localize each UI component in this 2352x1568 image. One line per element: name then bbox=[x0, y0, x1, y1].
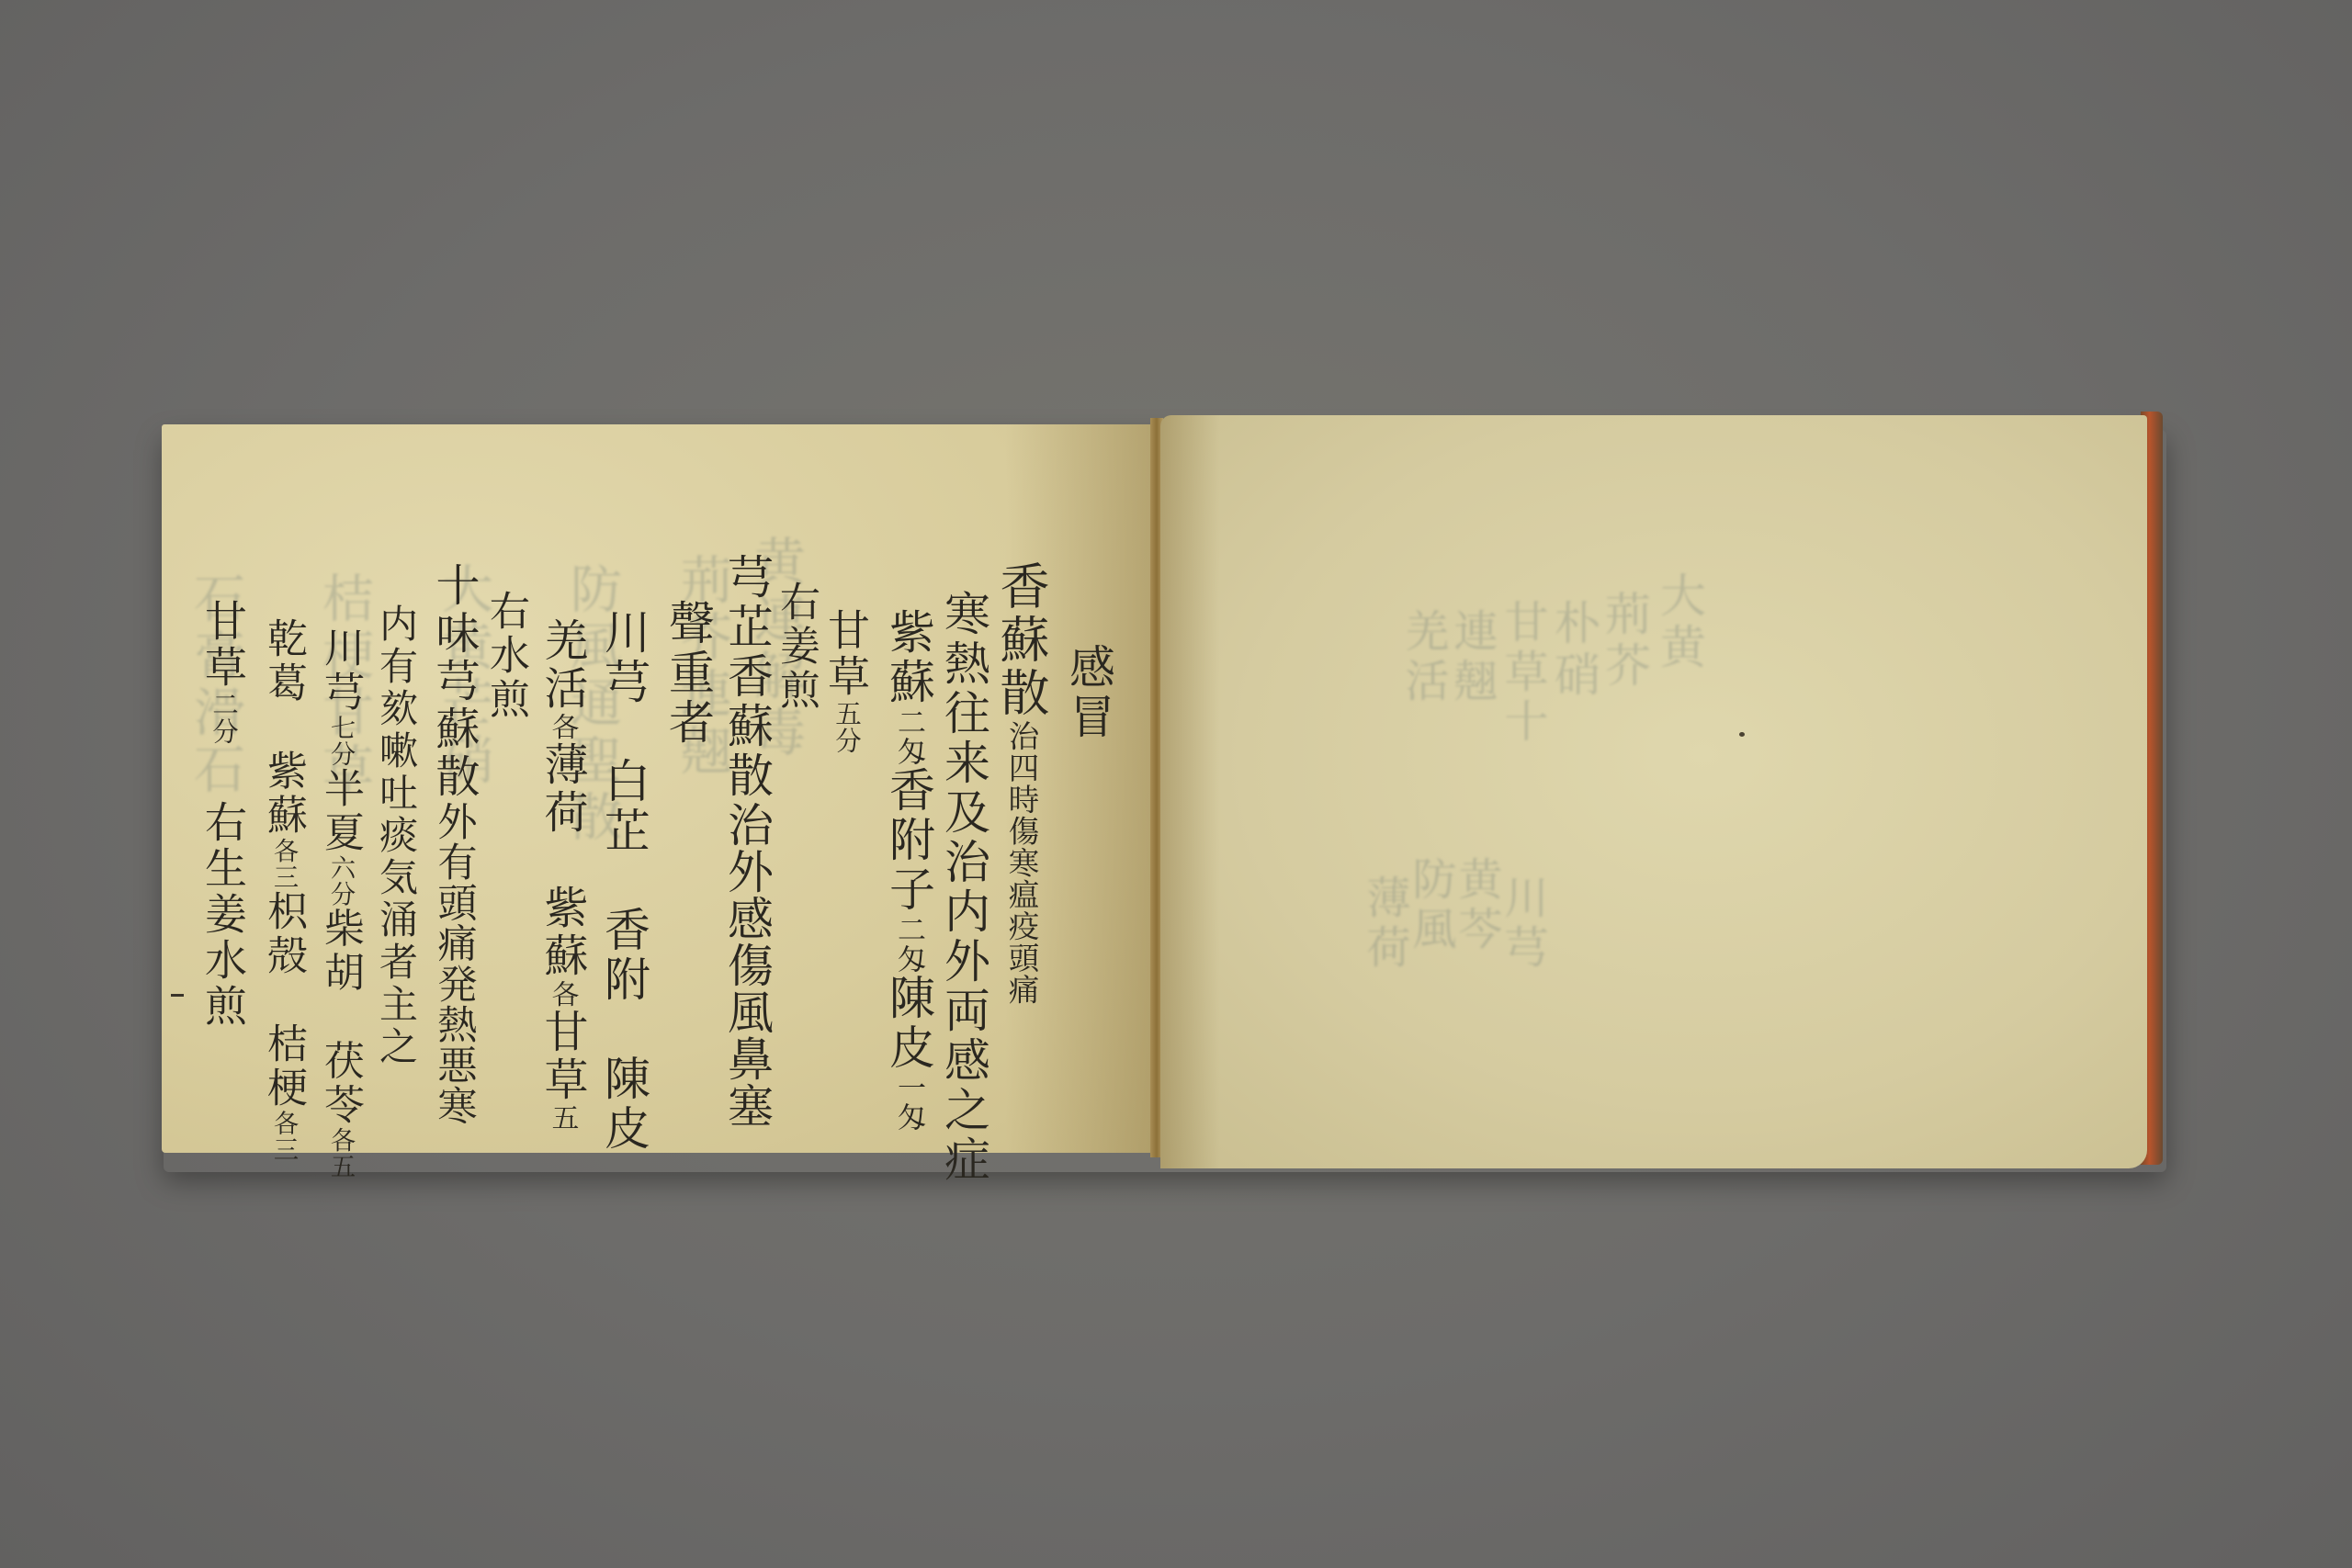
bleed-through-text: 大黄 bbox=[1657, 571, 1702, 674]
herb-name: 甘草 bbox=[821, 608, 871, 700]
herb-name: 陳皮 bbox=[882, 974, 935, 1073]
bleed-through-text: 荊芥 bbox=[1601, 590, 1647, 693]
herb-dose: 六分 bbox=[326, 855, 355, 908]
text-column: 右姜煎 bbox=[775, 581, 816, 713]
herb-name: 枳殻 桔梗 bbox=[260, 890, 307, 1111]
formula-indication: 治四時傷寒瘟疫頭痛 bbox=[1003, 720, 1039, 1005]
herb-name: 柴胡 茯苓 bbox=[317, 907, 364, 1127]
indication-text: 内有欬嗽吐痰気涌者主之 bbox=[374, 604, 419, 1068]
formula-name: 芎芷香蘇散 bbox=[720, 553, 774, 801]
herb-dose: 各 bbox=[547, 713, 579, 741]
bleed-through-text: 連翹 bbox=[1450, 608, 1494, 707]
herb-name: 薄荷 紫蘇 bbox=[537, 741, 588, 980]
herb-dose: 各三 bbox=[269, 838, 298, 890]
text-column: 乾葛 紫蘇各三枳殻 桔梗各三 bbox=[263, 617, 303, 1162]
indication-text: 聲重者 bbox=[661, 599, 715, 748]
bleed-through-text: 黄芩 bbox=[1454, 856, 1498, 955]
text-column: 甘草二分右生姜水煎 bbox=[202, 599, 244, 1030]
text-column: 香蘇散治四時傷寒瘟疫頭痛 bbox=[996, 560, 1046, 1005]
text-column: 寒熱往来及治内外両感之症 bbox=[941, 590, 987, 1185]
indication-text: 寒熱往来及治内外両感之症 bbox=[937, 590, 990, 1185]
herb-dose: 各五 bbox=[326, 1127, 355, 1179]
bleed-through-text: 甘草十 bbox=[1500, 599, 1544, 748]
formula-name: 十味芎蘇散 bbox=[428, 562, 480, 801]
paper-speck bbox=[1739, 732, 1745, 737]
formula-indication: 外有頭痛発熱悪寒 bbox=[431, 801, 477, 1126]
herb-name: 甘草 bbox=[198, 599, 248, 691]
herb-dose: 一匁 bbox=[892, 1073, 925, 1132]
left-page: 黄連解毒 荊芥連翹 防風通聖散 大黄芒硝 桔梗甘草 石膏滑石 感冒 香蘇散治四時… bbox=[162, 424, 1154, 1153]
herb-name: 羌活 bbox=[537, 617, 588, 713]
preparation-text: 右生姜水煎 bbox=[198, 800, 248, 1030]
herb-dose: 二分 bbox=[209, 691, 239, 745]
herb-name: 乾葛 紫蘇 bbox=[260, 617, 307, 838]
text-column: 紫蘇二匁香附子二匁陳皮一匁 bbox=[886, 608, 932, 1132]
text-column: 川芎 白芷 香附 陳皮 bbox=[601, 608, 647, 1154]
formula-indication: 治外感傷風鼻塞 bbox=[720, 801, 774, 1129]
herb-name: 川芎 bbox=[317, 626, 364, 715]
bleed-through-text: 薄荷 bbox=[1363, 874, 1407, 974]
preparation-text: 右姜煎 bbox=[773, 581, 820, 713]
ink-mark bbox=[171, 994, 184, 997]
herb-dose: 五 bbox=[547, 1104, 579, 1133]
right-page: 大黄 荊芥 朴硝 甘草十 連翹 羌活 川芎 黄芩 防風 薄荷 bbox=[1160, 415, 2147, 1168]
bleed-through-text: 防風 bbox=[1408, 856, 1453, 955]
bleed-through-text: 川芎 bbox=[1500, 874, 1544, 974]
text-column: 芎芷香蘇散治外感傷風鼻塞 bbox=[724, 553, 770, 1129]
text-column: 右水煎 bbox=[485, 590, 526, 722]
herb-dose: 七分 bbox=[326, 715, 355, 767]
herb-name: 半夏 bbox=[317, 767, 364, 855]
text-column: 内有欬嗽吐痰気涌者主之 bbox=[377, 604, 415, 1068]
herb-dose: 二匁 bbox=[892, 915, 925, 974]
section-heading: 感冒 bbox=[1066, 643, 1112, 742]
text-column: 聲重者 bbox=[665, 599, 711, 748]
text-column: 川芎七分半夏六分柴胡 茯苓各五 bbox=[320, 626, 360, 1179]
herb-name: 香附子 bbox=[882, 766, 935, 915]
herb-name: 甘草 bbox=[537, 1009, 588, 1104]
herb-dose: 各三 bbox=[269, 1111, 298, 1163]
text-column: 羌活各薄荷 紫蘇各甘草五 bbox=[540, 617, 584, 1132]
herb-name: 紫蘇 bbox=[882, 608, 935, 707]
preparation-text: 右水煎 bbox=[482, 590, 529, 722]
text-column: 十味芎蘇散外有頭痛発熱悪寒 bbox=[432, 562, 476, 1126]
heading-text: 感冒 bbox=[1062, 643, 1115, 742]
bleed-through-text: 羌活 bbox=[1401, 608, 1445, 707]
open-book: 黄連解毒 荊芥連翹 防風通聖散 大黄芒硝 桔梗甘草 石膏滑石 感冒 香蘇散治四時… bbox=[0, 0, 2352, 1568]
bleed-through-text: 朴硝 bbox=[1551, 599, 1597, 702]
herb-dose: 二匁 bbox=[892, 707, 925, 766]
text-column: 甘草五分 bbox=[825, 608, 867, 754]
formula-name: 香蘇散 bbox=[992, 560, 1050, 720]
herb-list: 川芎 白芷 香附 陳皮 bbox=[597, 608, 650, 1154]
herb-dose: 五分 bbox=[831, 700, 862, 754]
herb-dose: 各 bbox=[547, 980, 579, 1009]
